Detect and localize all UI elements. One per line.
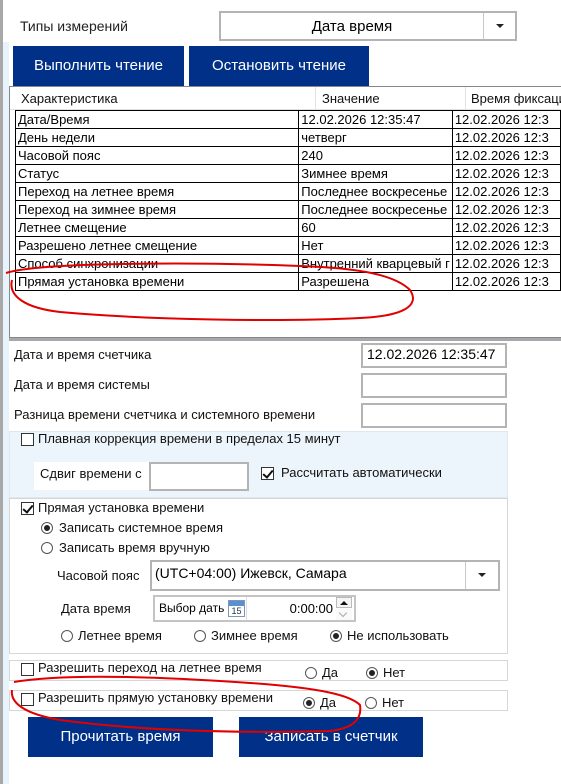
- stop-read-button[interactable]: Остановить чтение: [189, 46, 369, 86]
- time-shift-label: Сдвиг времени с: [40, 466, 142, 481]
- table-row[interactable]: Переход на зимнее времяПоследнее воскрес…: [16, 201, 561, 219]
- cell-value[interactable]: Внутренний кварцевый г: [299, 255, 453, 273]
- direct-set-label: Прямая установка времени: [38, 500, 204, 515]
- characteristics-grid[interactable]: Характеристика Значение Время фиксации Д…: [9, 86, 561, 338]
- datetime-picker[interactable]: Выбор дать 15 0:00:00: [153, 595, 356, 622]
- time-shift-input[interactable]: [149, 462, 249, 491]
- meter-datetime-field[interactable]: 12.02.2026 12:35:47: [361, 343, 507, 368]
- table-row[interactable]: СтатусЗимнее время12.02.2026 12:3: [16, 165, 561, 183]
- table-row[interactable]: Летнее смещение6012.02.2026 12:3: [16, 219, 561, 237]
- cell-fix-time[interactable]: 12.02.2026 12:3: [452, 273, 560, 291]
- datetime-label: Дата время: [61, 601, 131, 616]
- write-system-time-label: Записать системное время: [59, 520, 223, 535]
- cell-value[interactable]: четверг: [299, 129, 453, 147]
- table-row[interactable]: Прямая установка времениРазрешена12.02.2…: [16, 273, 561, 291]
- spin-down-icon[interactable]: [336, 609, 352, 620]
- cell-characteristic[interactable]: Летнее смещение: [16, 219, 299, 237]
- write-manual-time-label: Записать время вручную: [59, 540, 210, 555]
- allow-direct-label: Разрешить прямую установку времени: [38, 690, 273, 705]
- measurement-type-dropdown-button[interactable]: [483, 13, 515, 39]
- time-value[interactable]: 0:00:00: [251, 601, 333, 616]
- execute-read-button[interactable]: Выполнить чтение: [13, 46, 184, 86]
- allow-summer-yes-radio[interactable]: [305, 667, 317, 679]
- chevron-down-icon: [496, 24, 504, 28]
- time-difference-label: Разница времени счетчика и системного вр…: [14, 407, 315, 422]
- cell-value[interactable]: Разрешена: [299, 273, 453, 291]
- table-row[interactable]: Способ синхронизацииВнутренний кварцевый…: [16, 255, 561, 273]
- allow-direct-yes-label: Да: [320, 695, 336, 710]
- measurement-type-select[interactable]: Дата время: [219, 11, 517, 41]
- cell-characteristic[interactable]: Часовой пояс: [16, 147, 299, 165]
- cell-fix-time[interactable]: 12.02.2026 12:3: [452, 129, 560, 147]
- column-header-characteristic[interactable]: Характеристика: [21, 91, 118, 106]
- timezone-value: (UTC+04:00) Ижевск, Самара: [155, 565, 347, 581]
- column-header-value[interactable]: Значение: [322, 91, 380, 106]
- table-row[interactable]: Дата/Время12.02.2026 12:35:4712.02.2026 …: [16, 111, 561, 129]
- summer-time-label: Летнее время: [78, 628, 162, 643]
- cell-fix-time[interactable]: 12.02.2026 12:3: [452, 111, 560, 129]
- auto-calc-label: Рассчитать автоматически: [281, 465, 442, 480]
- summer-time-radio[interactable]: [61, 630, 73, 642]
- system-datetime-label: Дата и время системы: [14, 377, 150, 392]
- allow-direct-no-radio[interactable]: [365, 697, 377, 709]
- cell-fix-time[interactable]: 12.02.2026 12:3: [452, 165, 560, 183]
- cell-fix-time[interactable]: 12.02.2026 12:3: [452, 201, 560, 219]
- auto-calc-checkbox[interactable]: [261, 467, 274, 480]
- allow-direct-no-label: Нет: [382, 695, 404, 710]
- timezone-dropdown-button[interactable]: [465, 562, 498, 589]
- cell-value[interactable]: Зимнее время: [299, 165, 453, 183]
- cell-characteristic[interactable]: Статус: [16, 165, 299, 183]
- date-select[interactable]: Выбор дать 15: [155, 597, 247, 620]
- timezone-select[interactable]: (UTC+04:00) Ижевск, Самара: [150, 560, 500, 591]
- date-placeholder: Выбор дать: [159, 601, 224, 615]
- write-to-meter-button[interactable]: Записать в счетчик: [239, 717, 423, 757]
- cell-characteristic[interactable]: Способ синхронизации: [16, 255, 299, 273]
- spin-up-icon[interactable]: [336, 597, 352, 608]
- winter-time-label: Зимнее время: [211, 628, 298, 643]
- time-spinner[interactable]: [336, 597, 352, 620]
- grid-header: Характеристика Значение Время фиксации: [10, 87, 561, 110]
- cell-characteristic[interactable]: Переход на зимнее время: [16, 201, 299, 219]
- winter-time-radio[interactable]: [194, 630, 206, 642]
- cell-fix-time[interactable]: 12.02.2026 12:3: [452, 255, 560, 273]
- allow-summer-yes-label: Да: [322, 665, 338, 680]
- write-system-time-radio[interactable]: [41, 522, 53, 534]
- not-use-label: Не использовать: [347, 628, 449, 643]
- column-separator[interactable]: [465, 87, 466, 110]
- cell-value[interactable]: Нет: [299, 237, 453, 255]
- time-difference-field[interactable]: [361, 403, 507, 428]
- table-row[interactable]: Часовой пояс24012.02.2026 12:3: [16, 147, 561, 165]
- cell-characteristic[interactable]: День недели: [16, 129, 299, 147]
- cell-characteristic[interactable]: Дата/Время: [16, 111, 299, 129]
- table-row[interactable]: Разрешено летнее смещениеНет12.02.2026 1…: [16, 237, 561, 255]
- table-row[interactable]: Переход на летнее времяПоследнее воскрес…: [16, 183, 561, 201]
- cell-fix-time[interactable]: 12.02.2026 12:3: [452, 219, 560, 237]
- cell-fix-time[interactable]: 12.02.2026 12:3: [452, 237, 560, 255]
- timezone-label: Часовой пояс: [57, 568, 139, 583]
- cell-fix-time[interactable]: 12.02.2026 12:3: [452, 183, 560, 201]
- column-separator[interactable]: [315, 87, 316, 110]
- cell-value[interactable]: 12.02.2026 12:35:47: [299, 111, 453, 129]
- calendar-icon[interactable]: 15: [228, 600, 245, 617]
- grid-table: Дата/Время12.02.2026 12:35:4712.02.2026 …: [15, 110, 561, 291]
- chevron-down-icon: [478, 573, 486, 577]
- allow-direct-yes-radio[interactable]: [303, 697, 315, 709]
- grid-bottom-border: [9, 338, 561, 341]
- cell-value[interactable]: Последнее воскресенье: [299, 183, 453, 201]
- write-manual-time-radio[interactable]: [41, 542, 53, 554]
- allow-direct-checkbox[interactable]: [21, 693, 34, 706]
- cell-characteristic[interactable]: Переход на летнее время: [16, 183, 299, 201]
- table-row[interactable]: День неделичетверг12.02.2026 12:3: [16, 129, 561, 147]
- allow-summer-checkbox[interactable]: [21, 663, 34, 676]
- smooth-correction-label: Плавная коррекция времени в пределах 15 …: [38, 431, 340, 446]
- cell-value[interactable]: 240: [299, 147, 453, 165]
- allow-summer-no-radio[interactable]: [366, 667, 378, 679]
- not-use-radio[interactable]: [330, 630, 342, 642]
- cell-characteristic[interactable]: Разрешено летнее смещение: [16, 237, 299, 255]
- read-time-button[interactable]: Прочитать время: [28, 717, 213, 757]
- cell-value[interactable]: Последнее воскресенье: [299, 201, 453, 219]
- direct-set-checkbox[interactable]: [21, 502, 34, 515]
- measurement-types-label: Типы измерений: [20, 18, 128, 34]
- meter-datetime-label: Дата и время счетчика: [14, 347, 151, 362]
- system-datetime-field[interactable]: [361, 373, 507, 398]
- cell-value[interactable]: 60: [299, 219, 453, 237]
- measurement-type-value: Дата время: [221, 18, 483, 35]
- column-header-fix-time[interactable]: Время фиксации: [471, 91, 561, 106]
- cell-fix-time[interactable]: 12.02.2026 12:3: [452, 147, 560, 165]
- allow-summer-label: Разрешить переход на летнее время: [38, 660, 262, 675]
- allow-summer-no-label: Нет: [383, 665, 405, 680]
- smooth-correction-checkbox[interactable]: [21, 433, 34, 446]
- cell-characteristic[interactable]: Прямая установка времени: [16, 273, 299, 291]
